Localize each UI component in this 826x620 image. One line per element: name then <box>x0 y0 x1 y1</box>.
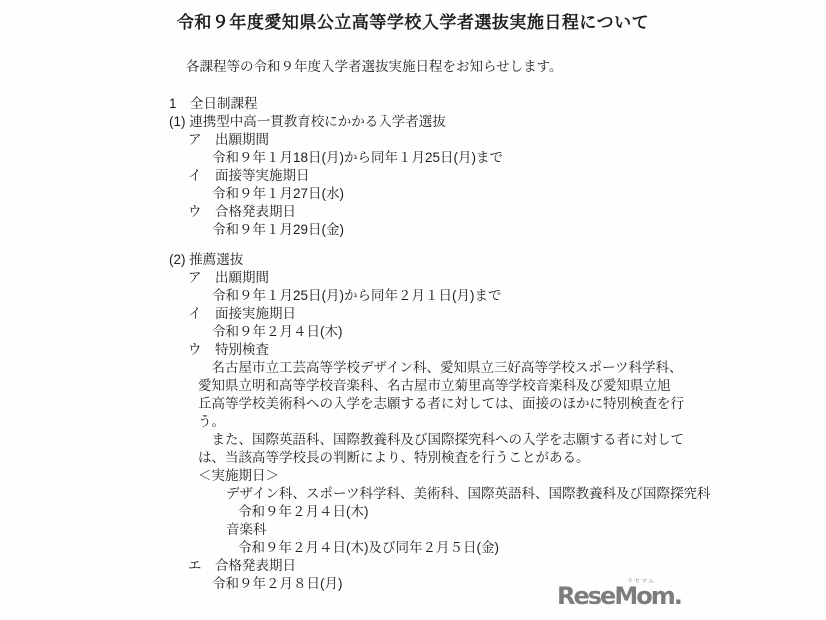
content-lines: 1 全日制課程(1) 連携型中高一貫教育校にかかる入学者選抜ア 出願期間令和９年… <box>0 95 826 593</box>
content-line: 丘高等学校美術科への入学を志願する者に対しては、面接のほかに特別検査を行 <box>0 395 826 413</box>
content-line: 令和９年１月25日(月)から同年２月１日(月)まで <box>0 287 826 305</box>
content-line: 令和９年２月８日(月) <box>0 575 826 593</box>
content-line: イ 面接実施期日 <box>0 305 826 323</box>
content-line: 令和９年２月４日(木) <box>0 323 826 341</box>
content-line: 1 全日制課程 <box>0 95 826 113</box>
intro-text: 各課程等の令和９年度入学者選抜実施日程をお知らせします。 <box>0 58 826 76</box>
content-line: ア 出願期間 <box>0 269 826 287</box>
content-line: 名古屋市立工芸高等学校デザイン科、愛知県立三好高等学校スポーツ科学科、 <box>0 359 826 377</box>
document: 令和９年度愛知県公立高等学校入学者選抜実施日程について 各課程等の令和９年度入学… <box>0 0 826 620</box>
content-line: ア 出願期間 <box>0 131 826 149</box>
resemom-ruby-label: リセマム <box>627 579 655 585</box>
content-line: ＜実施期日＞ <box>0 467 826 485</box>
content-line: 令和９年２月４日(木)及び同年２月５日(金) <box>0 539 826 557</box>
content-line: 令和９年１月29日(金) <box>0 221 826 239</box>
content-line: ウ 特別検査 <box>0 341 826 359</box>
content-line: デザイン科、スポーツ科学科、美術科、国際英語科、国際教養科及び国際探究科 <box>0 485 826 503</box>
content-line: 愛知県立明和高等学校音楽科、名古屋市立菊里高等学校音楽科及び愛知県立旭 <box>0 377 826 395</box>
content-line: 令和９年１月27日(水) <box>0 185 826 203</box>
content-line: イ 面接等実施期日 <box>0 167 826 185</box>
content-line: 令和９年２月４日(木) <box>0 503 826 521</box>
content-line: ウ 合格発表期日 <box>0 203 826 221</box>
content-line: また、国際英語科、国際教養科及び国際探究科への入学を志願する者に対して <box>0 431 826 449</box>
content-line: 音楽科 <box>0 521 826 539</box>
resemom-logo: リセマム ReseMom. <box>557 582 667 616</box>
content-line: う。 <box>0 413 826 431</box>
page: { "page": { "background": "#fefefe", "te… <box>0 0 826 620</box>
document-title: 令和９年度愛知県公立高等学校入学者選抜実施日程について <box>0 0 826 33</box>
content-line: (1) 連携型中高一貫教育校にかかる入学者選抜 <box>0 113 826 131</box>
content-line: は、当該高等学校長の判断により、特別検査を行うことがある。 <box>0 449 826 467</box>
content-line: 令和９年１月18日(月)から同年１月25日(月)まで <box>0 149 826 167</box>
content-line: (2) 推薦選抜 <box>0 251 826 269</box>
section-spacer <box>0 239 826 251</box>
content-line: エ 合格発表期日 <box>0 557 826 575</box>
resemom-wordmark: ReseMom. <box>557 582 681 610</box>
